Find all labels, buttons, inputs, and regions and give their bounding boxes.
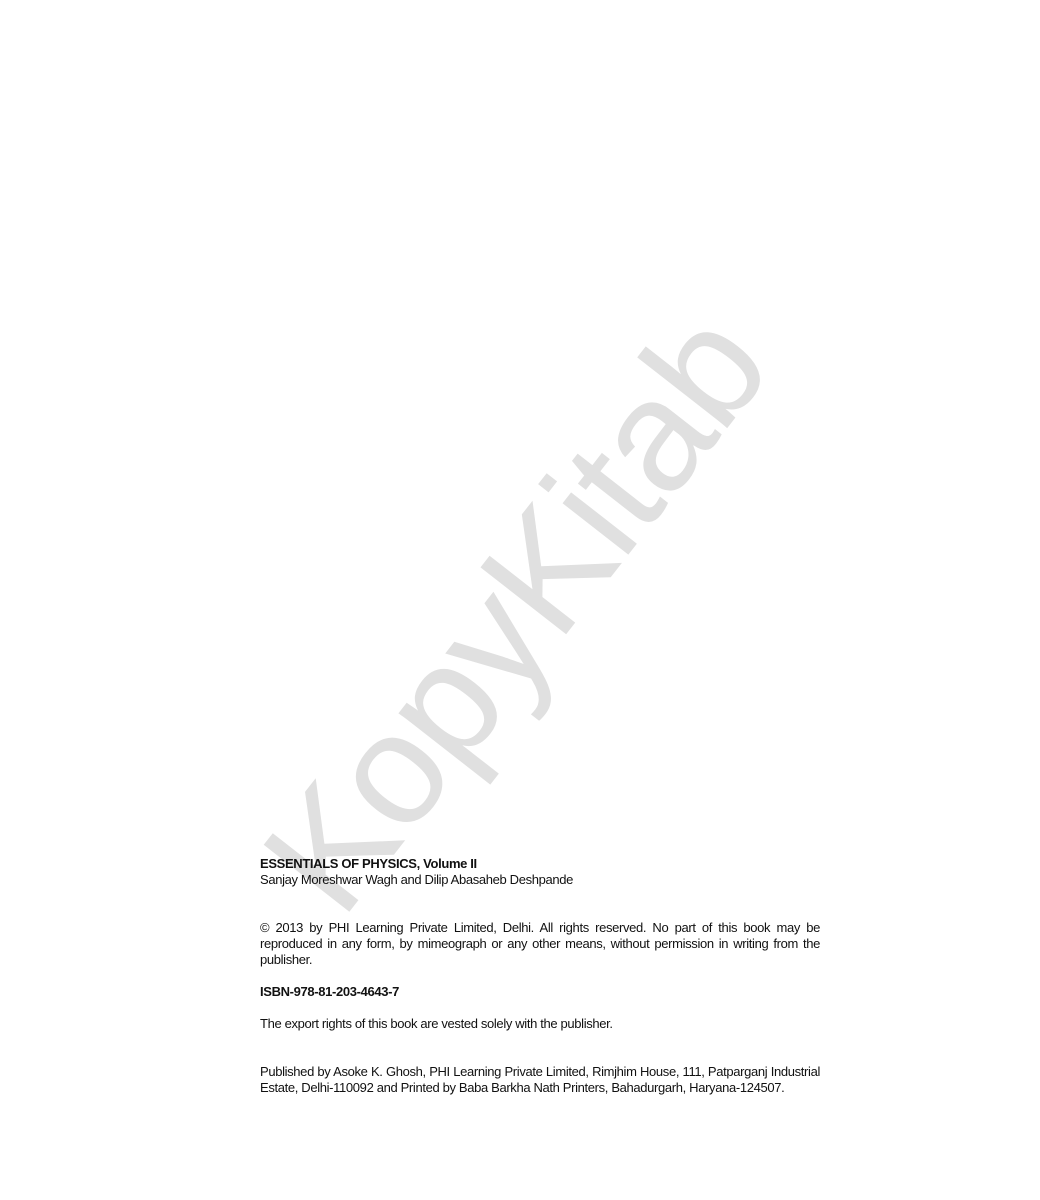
export-rights-notice: The export rights of this book are veste… — [260, 1016, 820, 1032]
book-authors: Sanjay Moreshwar Wagh and Dilip Abasaheb… — [260, 872, 820, 888]
publisher-info: Published by Asoke K. Ghosh, PHI Learnin… — [260, 1064, 820, 1096]
isbn: ISBN-978-81-203-4643-7 — [260, 984, 820, 1000]
copyright-notice: © 2013 by PHI Learning Private Limited, … — [260, 920, 820, 968]
imprint-block: ESSENTIALS OF PHYSICS, Volume II Sanjay … — [260, 856, 820, 1096]
kopykitab-watermark: KopyKitab — [237, 287, 794, 938]
book-title: ESSENTIALS OF PHYSICS, Volume II — [260, 856, 820, 872]
